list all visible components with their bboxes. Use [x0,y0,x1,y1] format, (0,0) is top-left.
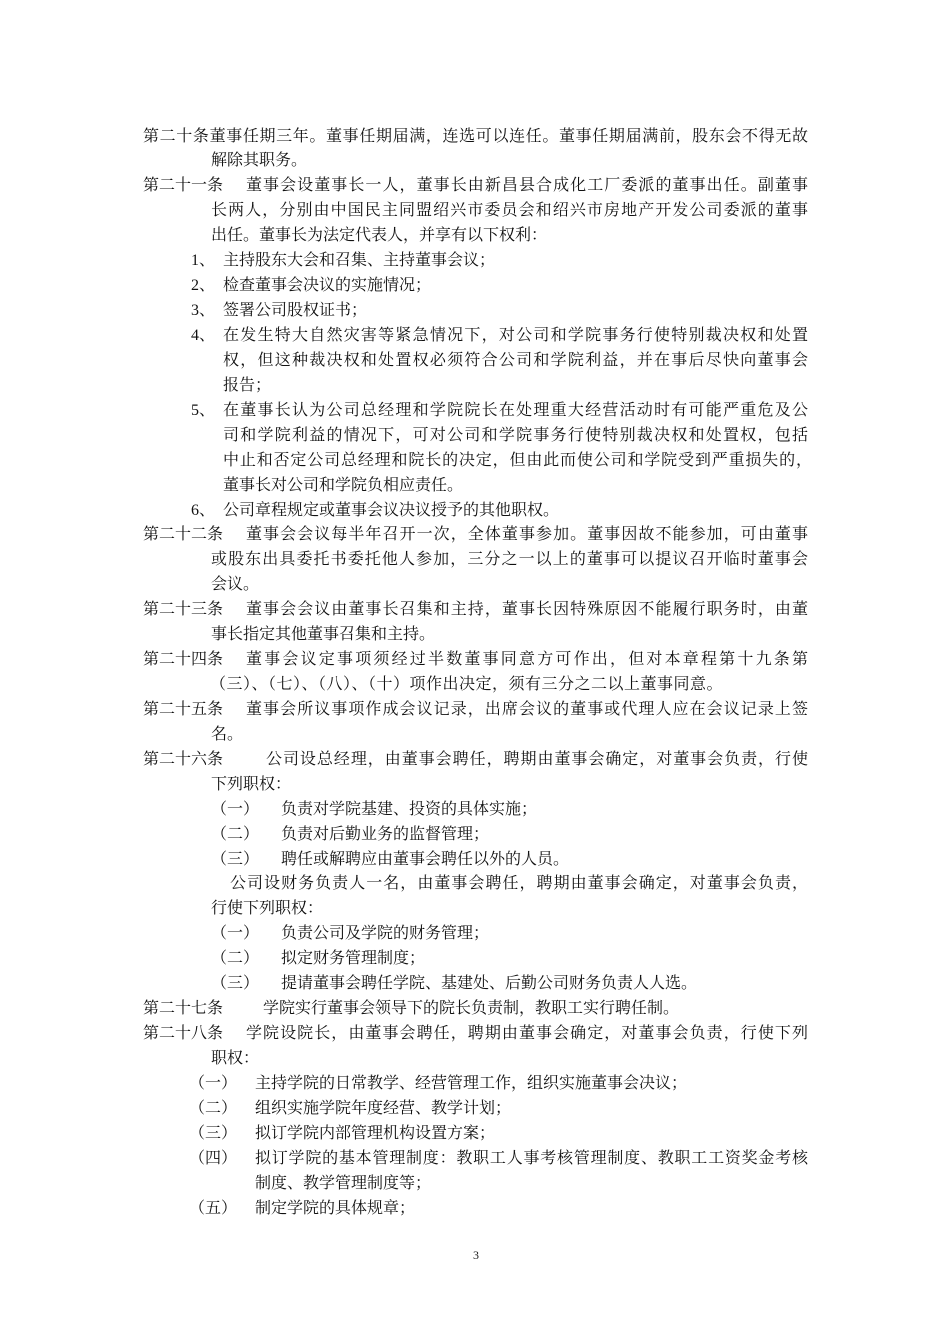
list-item-text: 组织实施学院年度经营、教学计划； [255,1096,511,1121]
article-label: 第二十四条 [143,647,223,672]
list-item-number: （一） [189,1071,237,1096]
list-item-number: 6、 [191,498,215,523]
list-item-number: 1、 [191,248,215,273]
article-text-line: 公司设总经理，由董事会聘任，聘期由董事会确定，对董事会负责，行使 [266,747,808,772]
list-item-text: 拟定财务管理制度； [281,946,425,971]
list-item-text: 检查董事会决议的实施情况； [223,273,431,298]
article-label: 第二十七条 [143,996,223,1021]
list-item-number: 4、 [191,323,215,348]
finance-paragraph-line: 行使下列职权： [211,896,323,921]
list-item-text: 主持学院的日常教学、经营管理工作，组织实施董事会决议； [255,1071,687,1096]
article-label: 第二十八条 [143,1021,223,1046]
list-item-text: 聘任或解聘应由董事会聘任以外的人员。 [281,847,569,872]
article-text-line: 长两人，分别由中国民主同盟绍兴市委员会和绍兴市房地产开发公司委派的董事 [211,198,808,223]
list-item-number: （一） [211,797,259,822]
list-item-number: （二） [211,946,259,971]
list-item-number: 2、 [191,273,215,298]
article-text-line: 学院设院长，由董事会聘任，聘期由董事会确定，对董事会负责，行使下列 [246,1021,808,1046]
list-item-text: 主持股东大会和召集、主持董事会议； [223,248,495,273]
list-item-number: （四） [189,1146,237,1171]
article-text-line: 董事会设董事长一人，董事长由新昌县合成化工厂委派的董事出任。副董事 [246,173,808,198]
list-item-number: （二） [211,822,259,847]
article-text-line: 董事会议定事项须经过半数董事同意方可作出，但对本章程第十九条第 [246,647,808,672]
list-item-text: 制定学院的具体规章； [255,1196,415,1221]
list-item-text: 拟订学院内部管理机构设置方案； [255,1121,495,1146]
list-item-text: 司和学院利益的情况下，可对公司和学院事务行使特别裁决权和处置权，包括 [223,423,808,448]
article-text-line: 或股东出具委托书委托他人参加，三分之一以上的董事可以提议召开临时董事会 [211,547,808,572]
list-item-number: （三） [211,847,259,872]
list-item-text: 负责对学院基建、投资的具体实施； [281,797,537,822]
finance-paragraph-line: 公司设财务负责人一名，由董事会聘任，聘期由董事会确定，对董事会负责， [230,871,808,896]
article-text-line: 下列职权： [211,772,291,797]
list-item-number: 3、 [191,298,215,323]
article-text-line: 事长指定其他董事召集和主持。 [211,622,435,647]
list-item-text: 报告； [223,373,271,398]
list-item-text: 负责对后勤业务的监督管理； [281,822,489,847]
list-item-text: 拟订学院的基本管理制度：教职工人事考核管理制度、教职工工资奖金考核 [255,1146,808,1171]
article-text-line: （三）、（七）、（八）、（十）项作出决定，须有三分之二以上董事同意。 [210,672,723,697]
list-item-text: 签署公司股权证书； [223,298,367,323]
list-item-number: （一） [211,921,259,946]
article-label: 第二十条 [143,128,210,145]
article-text-line: 名。 [211,722,243,747]
list-item-text: 权，但这种裁决权和处置权必须符合公司和学院利益，并在事后尽快向董事会 [223,348,808,373]
article-text-line: 出任。董事长为法定代表人，并享有以下权利： [211,223,547,248]
article-label: 第二十五条 [143,697,223,722]
article-text-line: 董事会会议由董事长召集和主持，董事长因特殊原因不能履行职务时，由董 [246,597,808,622]
list-item-text: 提请董事会聘任学院、基建处、后勤公司财务负责人人选。 [281,971,697,996]
article-text-line: 学院实行董事会领导下的院长负责制，教职工实行聘任制。 [263,996,679,1021]
list-item-number: （三） [211,971,259,996]
list-item-number: 5、 [191,398,215,423]
article-text-line: 董事会所议事项作成会议记录，出席会议的董事或代理人应在会议记录上签 [246,697,808,722]
article-text-line: 董事会会议每半年召开一次，全体董事参加。董事因故不能参加，可由董事 [246,522,808,547]
page-number: 3 [469,1246,483,1264]
article-20-line-1: 第二十条董事任期三年。董事任期届满，连选可以连任。董事任期届满前，股东会不得无故 [143,124,808,149]
article-label: 第二十二条 [143,522,223,547]
list-item-number: （五） [189,1196,237,1221]
list-item-text: 在发生特大自然灾害等紧急情况下，对公司和学院事务行使特别裁决权和处置 [223,323,808,348]
document-page: 第二十条董事任期三年。董事任期届满，连选可以连任。董事任期届满前，股东会不得无故… [0,0,950,1344]
list-item-text: 在董事长认为公司总经理和学院院长在处理重大经营活动时有可能严重危及公 [223,398,808,423]
article-label: 第二十一条 [143,173,223,198]
article-text-line: 解除其职务。 [211,148,307,173]
list-item-text: 中止和否定公司总经理和院长的决定，但由此而使公司和学院受到严重损失的， [223,448,812,473]
list-item-text: 董事长对公司和学院负相应责任。 [223,473,463,498]
list-item-text: 公司章程规定或董事会议决议授予的其他职权。 [223,498,559,523]
article-text-line: 会议。 [211,572,259,597]
article-label: 第二十六条 [143,747,223,772]
list-item-number: （三） [189,1121,237,1146]
list-item-text: 负责公司及学院的财务管理； [281,921,489,946]
article-text: 董事任期三年。董事任期届满，连选可以连任。董事任期届满前，股东会不得无故 [210,128,808,145]
article-label: 第二十三条 [143,597,223,622]
list-item-text: 制度、教学管理制度等； [255,1171,431,1196]
article-text-line: 职权： [211,1046,259,1071]
list-item-number: （二） [189,1096,237,1121]
